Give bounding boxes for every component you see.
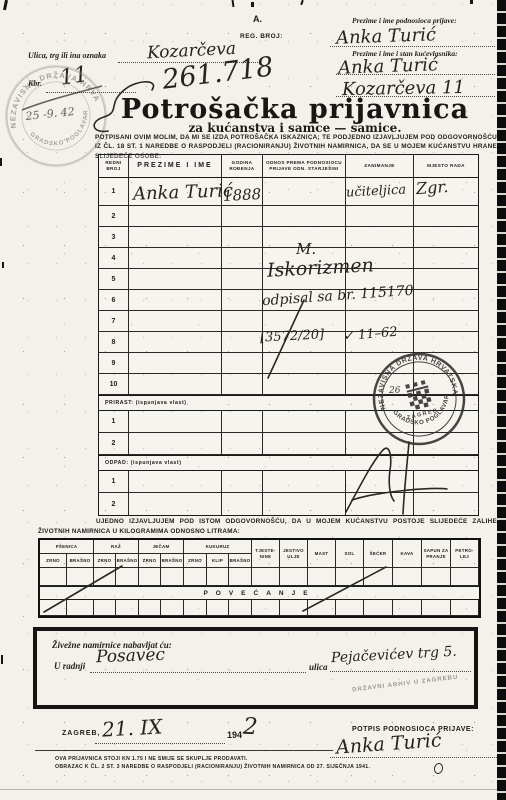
supplies-col-mast: MAST xyxy=(308,540,336,568)
reg-broj-label: REG. BROJ: xyxy=(240,33,283,40)
row-number: 6 xyxy=(99,290,129,310)
scan-edge-strip xyxy=(497,0,506,800)
row-number: 2 xyxy=(99,493,129,515)
landlord-name-handwriting: Anka Turić xyxy=(338,54,439,78)
col-header-odnos: ODNOS PREMA PODNOSIOCU PRIJAVE ODN. STAR… xyxy=(263,155,346,177)
annotation-m-handwriting: M. xyxy=(296,240,316,258)
year-handwriting: 2 xyxy=(242,714,258,741)
paper-speck xyxy=(470,0,473,4)
signature-handwriting: Anka Turić xyxy=(335,729,442,758)
supplies-col-petrolej: PETRO-LEJ xyxy=(451,540,479,568)
paper-speck xyxy=(300,0,304,5)
row-number: 9 xyxy=(99,353,129,373)
col-header-prezime-ime: PREZIME I IME xyxy=(129,155,222,177)
round-stamp-dark: NEZAVISNA DRŽAVA HRVATSKA GRADSKO POGLAV… xyxy=(371,351,467,447)
povecanje-band: POVEĆANJE xyxy=(40,586,479,600)
odpad-section-label: ODPAD: (ispunjava vlast) xyxy=(99,455,478,471)
row-number: 8 xyxy=(99,332,129,352)
scan-bottom-line xyxy=(0,789,506,790)
paper-speck xyxy=(1,655,3,664)
divider-line xyxy=(35,750,333,751)
table-row: 2 xyxy=(99,206,478,227)
row-number: 2 xyxy=(99,206,129,226)
stamp-text: NEZAVISNA DRŽAVA HRVATSKA xyxy=(2,62,102,140)
col-header-godina: GODINA ROĐENJA xyxy=(222,155,263,177)
supplies-group-jecam: JEČAM xyxy=(139,540,184,554)
stamp-date-handwriting: 25 -9. 42 xyxy=(24,105,75,123)
svg-text:NEZAVISNA DRŽAVA HRVATSKA: NEZAVISNA DRŽAVA HRVATSKA xyxy=(2,62,102,140)
field-line xyxy=(330,46,495,47)
round-stamp-faint: NEZAVISNA DRŽAVA HRVATSKA GRADSKO POGLAV… xyxy=(2,62,110,170)
sub-col: KLIP xyxy=(207,554,229,568)
row-number: 10 xyxy=(99,374,129,394)
table-row: 3 xyxy=(99,227,478,248)
city-label: ZAGREB, xyxy=(62,730,101,737)
row1-name-handwriting: Anka Turić xyxy=(133,180,234,204)
sub-col: BRAŠNO xyxy=(116,554,139,568)
shop-name-handwriting: Posavec xyxy=(96,645,166,667)
stamp-number-handwriting: 26 xyxy=(388,386,401,396)
row-number: 3 xyxy=(99,227,129,247)
supplies-col-tjestenine: TJESTE-NINE xyxy=(252,540,280,568)
table-row: 1 xyxy=(99,471,478,493)
sub-col: ZRNO xyxy=(94,554,116,568)
ulica-label: ulica xyxy=(309,662,328,672)
row-number: 7 xyxy=(99,311,129,331)
supplies-col-sapun: SAPUN ZA PRANJE xyxy=(422,540,451,568)
supplies-col-secer: ŠEĆER xyxy=(364,540,393,568)
paper-speck xyxy=(232,0,235,7)
supplies-group-psenica: PŠENICA xyxy=(40,540,94,554)
paper-speck xyxy=(251,2,254,7)
supplies-group-kukuruz: KUKURUZ xyxy=(184,540,252,554)
row-number: 1 xyxy=(99,471,129,492)
sub-col: BRAŠNO xyxy=(67,554,94,568)
col-header-zanimanje: ZANIMANJE xyxy=(346,155,414,177)
supplies-col-kava: KAVA xyxy=(393,540,422,568)
supplies-group-raz: RAŽ xyxy=(94,540,139,554)
supplies-intro: UJEDNO IZJAVLJUJEM POD ISTOM ODGOVORNOŠĆ… xyxy=(38,517,497,536)
sub-col: ZRNO xyxy=(40,554,67,568)
field-line xyxy=(95,743,225,744)
ink-ring-mark xyxy=(433,762,445,775)
field-line xyxy=(90,672,306,673)
applicant-label: Prezime i ime podnosioca prijave: xyxy=(352,16,457,25)
field-line xyxy=(336,74,495,75)
row1-birth-handwriting: 1888 xyxy=(223,185,262,205)
sub-col: BRAŠNO xyxy=(161,554,184,568)
row-number: 4 xyxy=(99,248,129,268)
footnote-2: OBRAZAC K ČL. 2 ST. 3 NAREDBE O RASPODJE… xyxy=(55,764,395,770)
section-label: A. xyxy=(253,14,262,24)
field-line xyxy=(330,671,471,672)
row-number: 1 xyxy=(99,411,129,432)
table-row: 2 xyxy=(99,493,478,515)
col-header-redni-broj: REDNI BROJ xyxy=(99,155,129,177)
paper-speck xyxy=(2,262,4,268)
row-number: 5 xyxy=(99,269,129,289)
u-radnji-label: U radnji xyxy=(54,661,85,671)
row-number: 1 xyxy=(99,178,129,205)
row-number: 2 xyxy=(99,433,129,454)
footnote-1: OVA PRIJAVNICA STOJI KN 1.75 I NE SMIJE … xyxy=(55,756,375,762)
col-header-mjesto-rada: MJESTO RADA xyxy=(414,155,478,177)
supplies-col-jestivo-ulje: JESTIVO ULJE xyxy=(280,540,308,568)
coat-of-arms xyxy=(405,380,433,411)
date-handwriting: 21. IX xyxy=(101,714,162,741)
row1-occupation-handwriting: učiteljica xyxy=(346,182,407,200)
persons-table-header: REDNI BROJ PREZIME I IME GODINA ROĐENJA … xyxy=(99,155,478,178)
sub-col: ZRNO xyxy=(184,554,207,568)
sub-col: BRAŠNO xyxy=(229,554,252,568)
supplies-table: PŠENICA RAŽ JEČAM KUKURUZ TJESTE-NINE JE… xyxy=(38,538,481,618)
ration-form-document: A. REG. BROJ: Prezime i ime podnosioca p… xyxy=(0,0,506,800)
street-label: Ulica, trg ili ina oznaka xyxy=(28,51,106,60)
sub-col: ZRNO xyxy=(139,554,161,568)
year-printed: 194 xyxy=(227,730,242,740)
supplies-col-sol: SOL xyxy=(336,540,364,568)
row1-workplace-handwriting: Zgr. xyxy=(415,177,449,198)
paper-speck xyxy=(3,0,8,10)
